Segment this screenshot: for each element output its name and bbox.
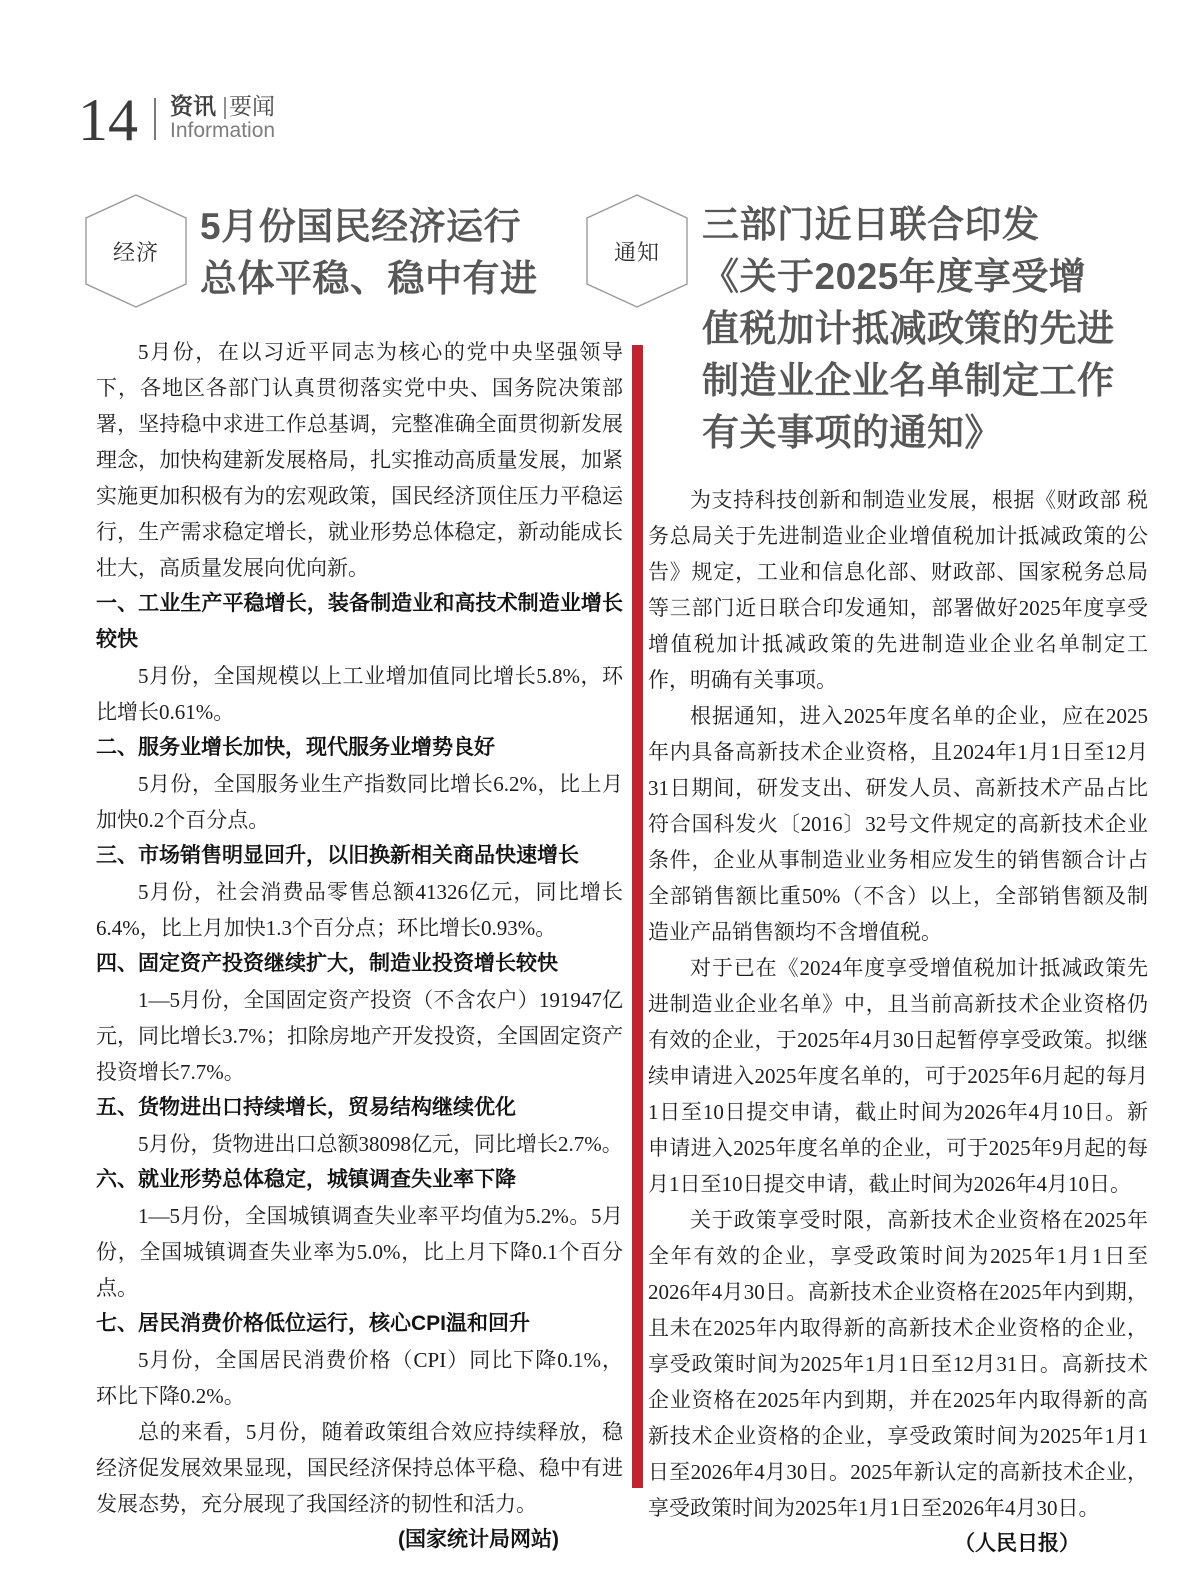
right-article-blocks: 为支持科技创新和制造业发展，根据《财政部 税务总局关于先进制造业企业增值税加计抵… bbox=[648, 482, 1148, 1526]
body-paragraph: 5月份，全国服务业生产指数同比增长6.2%，比上月加快0.2个百分点。 bbox=[96, 766, 623, 838]
body-paragraph: 5月份，全国规模以上工业增加值同比增长5.8%，环比增长0.61%。 bbox=[96, 658, 623, 730]
body-paragraph: 为支持科技创新和制造业发展，根据《财政部 税务总局关于先进制造业企业增值税加计抵… bbox=[648, 482, 1148, 698]
section-subtitle: 要闻 bbox=[229, 93, 275, 119]
section-separator: | bbox=[216, 93, 229, 119]
section-heading: 三、市场销售明显回升，以旧换新相关商品快速增长 bbox=[96, 838, 623, 874]
right-article-source: （人民日报） bbox=[648, 1526, 1148, 1562]
right-title-line: 《关于2025年度享受增 bbox=[702, 251, 1115, 303]
left-badge-label: 经济 bbox=[85, 194, 187, 308]
column-divider-bar bbox=[632, 345, 643, 1488]
section-heading: 四、固定资产投资继续扩大，制造业投资增长较快 bbox=[96, 946, 623, 982]
left-title-line: 5月份国民经济运行 bbox=[200, 201, 538, 253]
left-title-line: 总体平稳、稳中有进 bbox=[200, 253, 538, 305]
right-badge-label: 通知 bbox=[586, 194, 688, 308]
section-heading: 一、工业生产平稳增长，装备制造业和高技术制造业增长较快 bbox=[96, 586, 623, 658]
left-article-blocks: 5月份，在以习近平同志为核心的党中央坚强领导下，各地区各部门认真贯彻落实党中央、… bbox=[96, 334, 623, 1522]
right-title-line: 有关事项的通知》 bbox=[702, 407, 1115, 459]
section-title: 资讯 bbox=[170, 93, 216, 119]
right-title-line: 三部门近日联合印发 bbox=[702, 199, 1115, 251]
body-paragraph: 根据通知，进入2025年度名单的企业，应在2025年内具备高新技术企业资格，且2… bbox=[648, 698, 1148, 950]
right-article-badge: 通知 bbox=[586, 194, 688, 308]
section-header: 资讯|要闻 Information bbox=[170, 90, 275, 143]
page-header: 14 资讯|要闻 Information bbox=[78, 90, 275, 144]
right-article-title: 三部门近日联合印发 《关于2025年度享受增 值税加计抵减政策的先进 制造业企业… bbox=[702, 199, 1115, 459]
body-paragraph: 关于政策享受时限，高新技术企业资格在2025年全年有效的企业，享受政策时间为20… bbox=[648, 1202, 1148, 1526]
left-article-body: 5月份，在以习近平同志为核心的党中央坚强领导下，各地区各部门认真贯彻落实党中央、… bbox=[96, 334, 623, 1558]
magazine-page: 14 资讯|要闻 Information 经济 5月份国民经济运行 总体平稳、稳… bbox=[0, 0, 1200, 1569]
section-header-cn: 资讯|要闻 bbox=[170, 93, 275, 119]
right-title-line: 制造业企业名单制定工作 bbox=[702, 355, 1115, 407]
right-article-body: 为支持科技创新和制造业发展，根据《财政部 税务总局关于先进制造业企业增值税加计抵… bbox=[648, 482, 1148, 1562]
section-heading: 二、服务业增长加快，现代服务业增势良好 bbox=[96, 730, 623, 766]
body-paragraph: 对于已在《2024年度享受增值税加计抵减政策先进制造业企业名单》中，且当前高新技… bbox=[648, 950, 1148, 1202]
left-article-source: (国家统计局网站) bbox=[96, 1522, 623, 1558]
body-paragraph: 1—5月份，全国城镇调查失业率平均值为5.2%。5月份，全国城镇调查失业率为5.… bbox=[96, 1198, 623, 1306]
body-paragraph: 5月份，在以习近平同志为核心的党中央坚强领导下，各地区各部门认真贯彻落实党中央、… bbox=[96, 334, 623, 586]
right-title-line: 值税加计抵减政策的先进 bbox=[702, 303, 1115, 355]
left-article-badge: 经济 bbox=[85, 194, 187, 308]
body-paragraph: 1—5月份，全国固定资产投资（不含农户）191947亿元，同比增长3.7%；扣除… bbox=[96, 982, 623, 1090]
section-heading: 七、居民消费价格低位运行，核心CPI温和回升 bbox=[96, 1306, 623, 1342]
left-article-title: 5月份国民经济运行 总体平稳、稳中有进 bbox=[200, 201, 538, 305]
body-paragraph: 5月份，社会消费品零售总额41326亿元，同比增长6.4%，比上月加快1.3个百… bbox=[96, 874, 623, 946]
section-heading: 六、就业形势总体稳定，城镇调查失业率下降 bbox=[96, 1162, 623, 1198]
header-divider bbox=[154, 98, 156, 140]
section-title-en: Information bbox=[170, 119, 275, 143]
section-heading: 五、货物进出口持续增长，贸易结构继续优化 bbox=[96, 1090, 623, 1126]
body-paragraph: 总的来看，5月份，随着政策组合效应持续释放，稳经济促发展效果显现，国民经济保持总… bbox=[96, 1414, 623, 1522]
body-paragraph: 5月份，货物进出口总额38098亿元，同比增长2.7%。 bbox=[96, 1126, 623, 1162]
page-number: 14 bbox=[78, 90, 138, 144]
body-paragraph: 5月份，全国居民消费价格（CPI）同比下降0.1%，环比下降0.2%。 bbox=[96, 1342, 623, 1414]
